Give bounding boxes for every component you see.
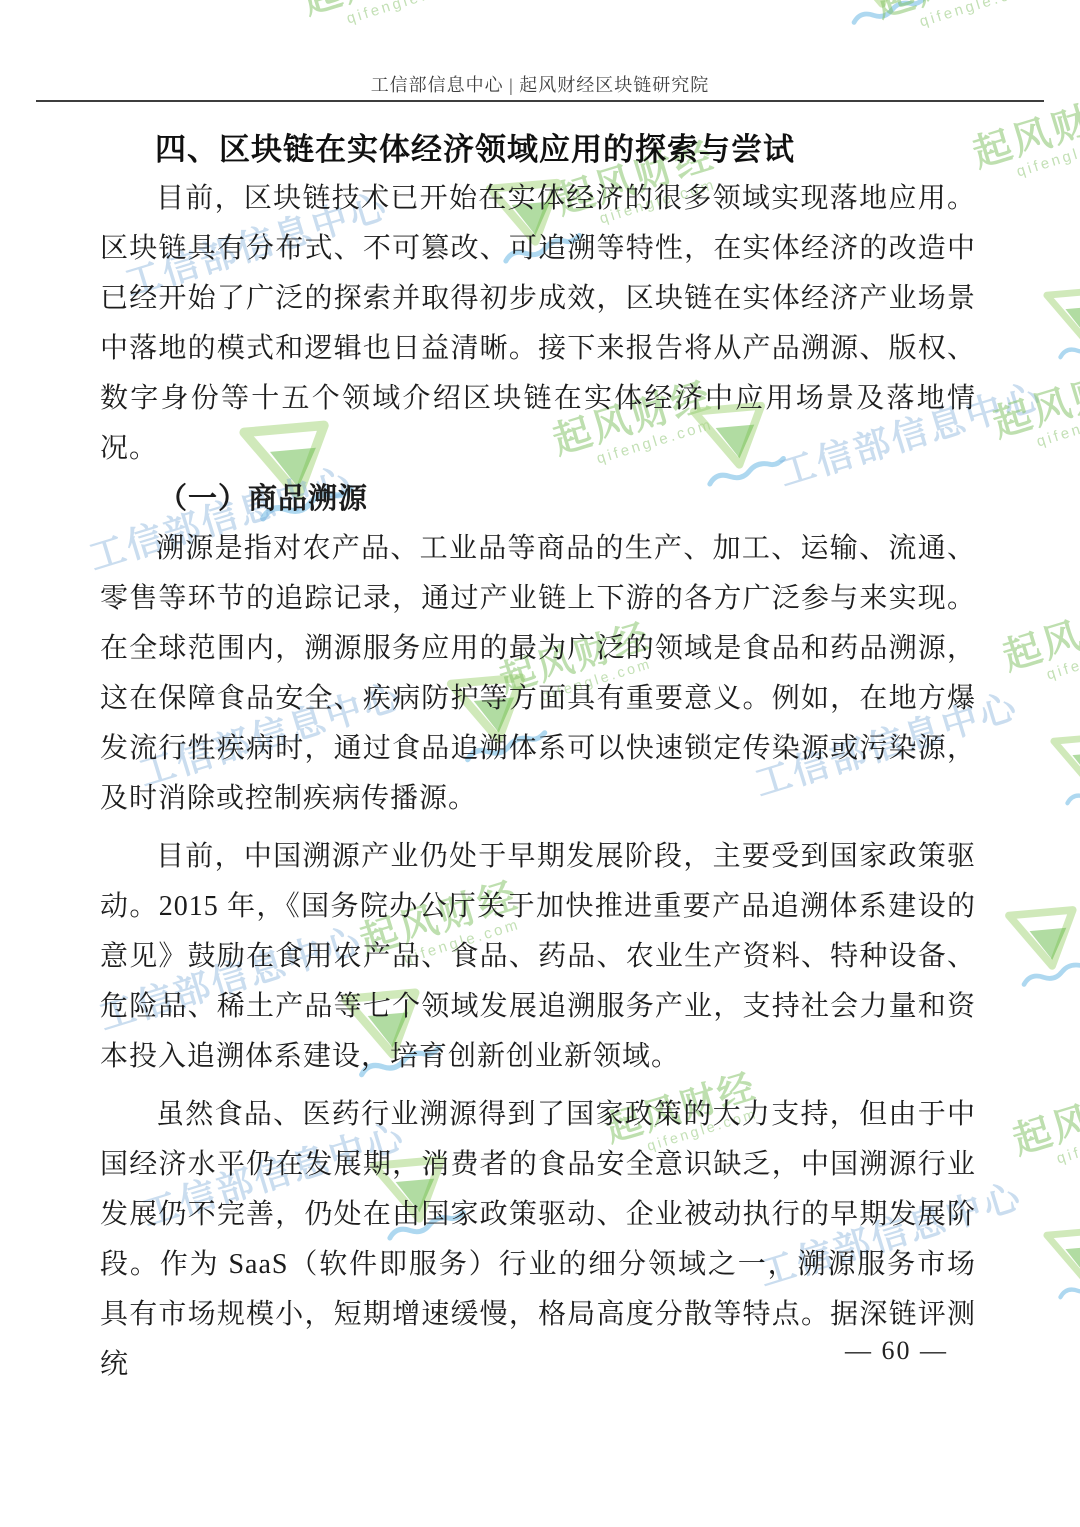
page-number: — 60 — (845, 1336, 948, 1366)
page-content: 工信部信息中心 | 起风财经区块链研究院 四、区块链在实体经济领域应用的探索与尝… (0, 0, 1080, 1527)
page-title: 四、区块链在实体经济领域应用的探索与尝试 (155, 124, 795, 169)
header-rule (36, 100, 1044, 102)
paragraph-3: 目前，中国溯源产业仍处于早期发展阶段，主要受到国家政策驱动。2015 年，《国务… (100, 832, 976, 1082)
page-header: 工信部信息中心 | 起风财经区块链研究院 (0, 71, 1080, 97)
document-page: 起风财经qifengle.com起风财经qifengle.com起风财经qife… (0, 0, 1080, 1527)
paragraph-2: 溯源是指对农产品、工业品等商品的生产、加工、运输、流通、零售等环节的追踪记录，通… (100, 524, 976, 824)
section-heading: （一）商品溯源 (100, 474, 976, 524)
body-text-block: 目前，区块链技术已开始在实体经济的很多领域实现落地应用。区块链具有分布式、不可篡… (100, 174, 976, 1390)
paragraph-1: 目前，区块链技术已开始在实体经济的很多领域实现落地应用。区块链具有分布式、不可篡… (100, 174, 976, 474)
